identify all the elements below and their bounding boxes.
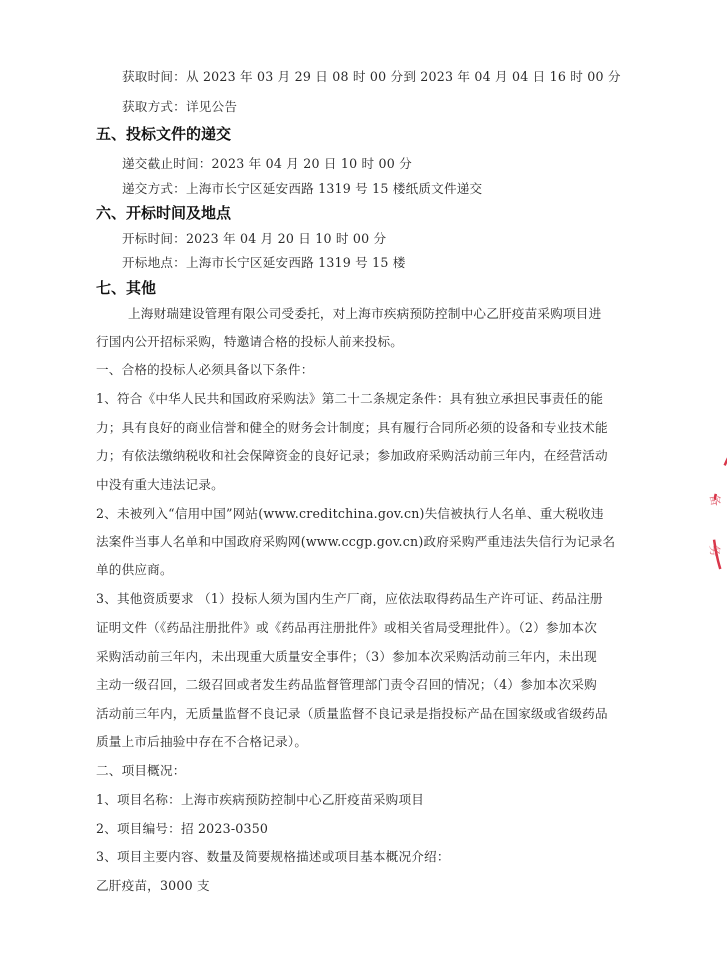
section-5-title: 五、投标文件的递交 xyxy=(96,123,231,144)
obtain-method: 获取方式：详见公告 xyxy=(122,96,237,115)
condition-3-line-6: 质量上市后抽验中存在不合格记录）。 xyxy=(96,731,307,750)
project-number: 2、项目编号：招 2023-0350 xyxy=(96,818,268,837)
condition-3-line-3: 采购活动前三年内，未出现重大质量安全事件；（3）参加本次采购活动前三年内，未出现 xyxy=(96,646,597,665)
condition-2-line-1: 2、未被列入“信用中国”网站(www.creditchina.gov.cn)失信… xyxy=(96,503,604,522)
section-7-title: 七、其他 xyxy=(96,277,156,298)
red-seal-stamp: 备 务 xyxy=(688,450,727,600)
project-name: 1、项目名称：上海市疾病预防控制中心乙肝疫苗采购项目 xyxy=(96,789,424,808)
condition-1-line-4: 中没有重大违法记录。 xyxy=(96,474,224,493)
condition-3-line-2: 证明文件（《药品注册批件》或《药品再注册批件》或相关省局受理批件）。（2）参加本… xyxy=(96,617,597,636)
obtain-time: 获取时间：从 2023 年 03 月 29 日 08 时 00 分到 2023 … xyxy=(122,66,621,85)
conditions-title: 一、合格的投标人必须具备以下条件： xyxy=(96,359,314,378)
overview-title: 二、项目概况： xyxy=(96,760,186,779)
svg-text:务: 务 xyxy=(707,544,722,557)
svg-text:备: 备 xyxy=(707,493,723,507)
intro-line-2: 行国内公开招标采购，特邀请合格的投标人前来投标。 xyxy=(96,331,403,350)
section-6-title: 六、开标时间及地点 xyxy=(96,202,231,223)
project-description: 3、项目主要内容、数量及简要规格描述或项目基本概况介绍： xyxy=(96,846,450,865)
open-time: 开标时间：2023 年 04 月 20 日 10 时 00 分 xyxy=(122,228,386,247)
condition-3-line-5: 活动前三年内，无质量监督不良记录（质量监督不良记录是指投标产品在国家级或省级药品 xyxy=(96,703,608,722)
condition-2-line-3: 单的供应商。 xyxy=(96,559,173,578)
intro-line-1: 上海财瑞建设管理有限公司受委托，对上海市疾病预防控制中心乙肝疫苗采购项目进 xyxy=(128,303,601,322)
condition-2-line-2: 法案件当事人名单和中国政府采购网(www.ccgp.gov.cn)政府采购严重违… xyxy=(96,531,615,550)
condition-3-line-4: 主动一级召回，二级召回或者发生药品监督管理部门责令召回的情况；（4）参加本次采购 xyxy=(96,674,597,693)
condition-1-line-1: 1、符合《中华人民共和国政府采购法》第二十二条规定条件：具有独立承担民事责任的能 xyxy=(96,388,603,407)
condition-1-line-3: 力；有依法缴纳税收和社会保障资金的良好记录；参加政府采购活动前三年内，在经营活动 xyxy=(96,445,608,464)
submit-method: 递交方式：上海市长宁区延安西路 1319 号 15 楼纸质文件递交 xyxy=(122,178,482,197)
submit-deadline: 递交截止时间：2023 年 04 月 20 日 10 时 00 分 xyxy=(122,153,412,172)
condition-3-line-1: 3、其他资质要求 （1）投标人须为国内生产厂商，应依法取得药品生产许可证、药品注… xyxy=(96,588,603,607)
condition-1-line-2: 力；具有良好的商业信誉和健全的财务会计制度；具有履行合同所必须的设备和专业技术能 xyxy=(96,417,608,436)
project-quantity: 乙肝疫苗，3000 支 xyxy=(96,875,210,894)
open-place: 开标地点：上海市长宁区延安西路 1319 号 15 楼 xyxy=(122,252,406,271)
